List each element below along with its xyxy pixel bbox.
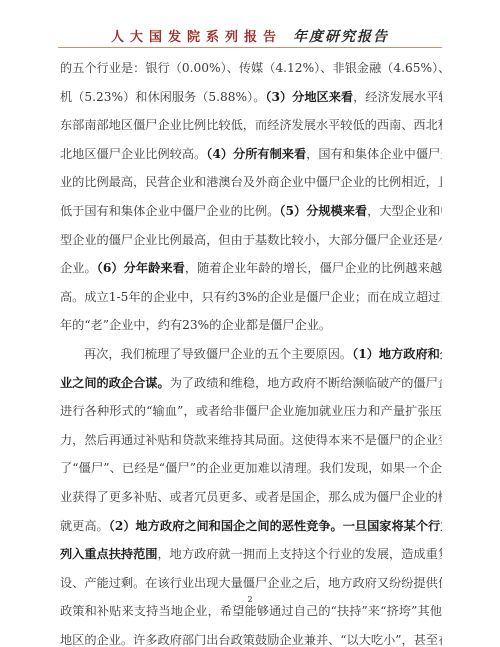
bold-heading-text: （1）地方政府和企 [352,347,442,361]
body-text: 力，然后再通过补贴和贷款来维持其局面。这使得本来不是僵尸的企业变成 [60,433,442,447]
body-text: ，大型企业和中 [367,204,442,218]
text-line: 列入重点扶持范围，地方政府就一拥而上支持这个行业的发展，造成重复建 [60,540,442,569]
body-text: 地区的企业。许多政府部门出台政策鼓励企业兼并、“以大吃小”，甚至在 [60,633,442,647]
body-text: 年的“老”企业中，约有23%的企业都是僵尸企业。 [60,318,331,332]
bold-heading-text: （2）地方政府之间和国企之间的恶性竞争。一旦国家将某个行业 [109,519,442,533]
body-text: 为了政绩和维稳，地方政府不断给濒临破产的僵尸企业 [170,376,442,390]
bold-heading-text: （5）分规模来看 [279,204,367,218]
report-type: 年度研究报告 [293,29,389,45]
header-rule [58,47,442,48]
text-line: 设、产能过剩。在该行业出现大量僵尸企业之后，地方政府又纷纷提供优惠 [60,569,442,598]
report-header: 人大国发院系列报告 年度研究报告 [58,26,442,46]
page-number: 2 [0,595,500,604]
text-line: 企业。（6）分年龄来看，随着企业年龄的增长，僵尸企业的比例越来越 [60,254,442,283]
body-text: ，随着企业年龄的增长，僵尸企业的比例越来越 [185,261,442,275]
text-line: 年的“老”企业中，约有23%的企业都是僵尸企业。 [60,311,442,340]
body-text: 的五个行业是：银行（0.00%）、传媒（4.12%）、非银金融（4.65%）、计… [60,61,442,75]
bold-heading-text: （3）分地区来看 [265,90,353,104]
text-line: 的五个行业是：银行（0.00%）、传媒（4.12%）、非银金融（4.65%）、计… [60,54,442,83]
text-line: 高。成立1-5年的企业中，只有约3%的企业是僵尸企业；而在成立超过三十 [60,283,442,312]
body-text: ，国有和集体企业中僵尸企 [306,147,442,161]
bold-heading-text: （4）分所有制来看 [206,147,306,161]
text-line: 地区的企业。许多政府部门出台政策鼓励企业兼并、“以大吃小”，甚至在 [60,626,442,647]
body-text: 低于国有和集体企业中僵尸企业的比例。 [60,204,279,218]
text-line: 业的比例最高，民营企业和港澳台及外商企业中僵尸企业的比例相近，且远 [60,168,442,197]
body-text: 了“僵尸”、已经是“僵尸”的企业更加难以清理。我们发现，如果一个企 [60,461,442,475]
text-line: 就更高。（2）地方政府之间和国企之间的恶性竞争。一旦国家将某个行业 [60,512,442,541]
text-line: 东部南部地区僵尸企业比例比较低，而经济发展水平较低的西南、西北和东 [60,111,442,140]
body-text: 进行各种形式的“输血”，或者给非僵尸企业施加就业压力和产量扩张压 [60,404,442,418]
bold-heading-text: 业之间的政企合谋。 [60,376,170,390]
body-text: 再次，我们梳理了导致僵尸企业的五个主要原因。 [84,347,352,361]
text-line: 业获得了更多补贴、或者冗员更多、或者是国企，那么成为僵尸企业的概率 [60,483,442,512]
body-text: 北地区僵尸企业比例较高。 [60,147,206,161]
body-text: 设、产能过剩。在该行业出现大量僵尸企业之后，地方政府又纷纷提供优惠 [60,576,442,590]
text-line: 机（5.23%）和休闲服务（5.88%）。（3）分地区来看，经济发展水平较高的 [60,83,442,112]
body-text: 就更高。 [60,519,109,533]
body-text: 东部南部地区僵尸企业比例比较低，而经济发展水平较低的西南、西北和东 [60,118,442,132]
body-text: 政策和补贴来支持当地企业，希望能够通过自己的“扶持”来“挤垮”其他 [60,604,442,618]
bold-heading-text: 列入重点扶持范围 [60,547,158,561]
body-text: 机（5.23%）和休闲服务（5.88%）。 [60,90,265,104]
body-text: 型企业的僵尸企业比例最高，但由于基数比较小，大部分僵尸企业还是小型 [60,233,442,247]
text-line: 力，然后再通过补贴和贷款来维持其局面。这使得本来不是僵尸的企业变成 [60,426,442,455]
body-text: ，经济发展水平较高的 [353,90,442,104]
text-line: 进行各种形式的“输血”，或者给非僵尸企业施加就业压力和产量扩张压 [60,397,442,426]
document-body: 的五个行业是：银行（0.00%）、传媒（4.12%）、非银金融（4.65%）、计… [60,54,442,647]
bold-heading-text: （6）分年龄来看 [97,261,185,275]
text-line: 低于国有和集体企业中僵尸企业的比例。（5）分规模来看，大型企业和中 [60,197,442,226]
text-line: 再次，我们梳理了导致僵尸企业的五个主要原因。（1）地方政府和企 [60,340,442,369]
body-text: 高。成立1-5年的企业中，只有约3%的企业是僵尸企业；而在成立超过三十 [60,290,442,304]
body-text: 业的比例最高，民营企业和港澳台及外商企业中僵尸企业的比例相近，且远 [60,175,442,189]
text-line: 业之间的政企合谋。为了政绩和维稳，地方政府不断给濒临破产的僵尸企业 [60,369,442,398]
body-text: 业获得了更多补贴、或者冗员更多、或者是国企，那么成为僵尸企业的概率 [60,490,442,504]
series-title: 人大国发院系列报告 [111,30,282,45]
text-line: 北地区僵尸企业比例较高。（4）分所有制来看，国有和集体企业中僵尸企 [60,140,442,169]
body-text: 企业。 [60,261,97,275]
text-line: 了“僵尸”、已经是“僵尸”的企业更加难以清理。我们发现，如果一个企 [60,454,442,483]
text-line: 型企业的僵尸企业比例最高，但由于基数比较小，大部分僵尸企业还是小型 [60,226,442,255]
body-text: ，地方政府就一拥而上支持这个行业的发展，造成重复建 [158,547,443,561]
